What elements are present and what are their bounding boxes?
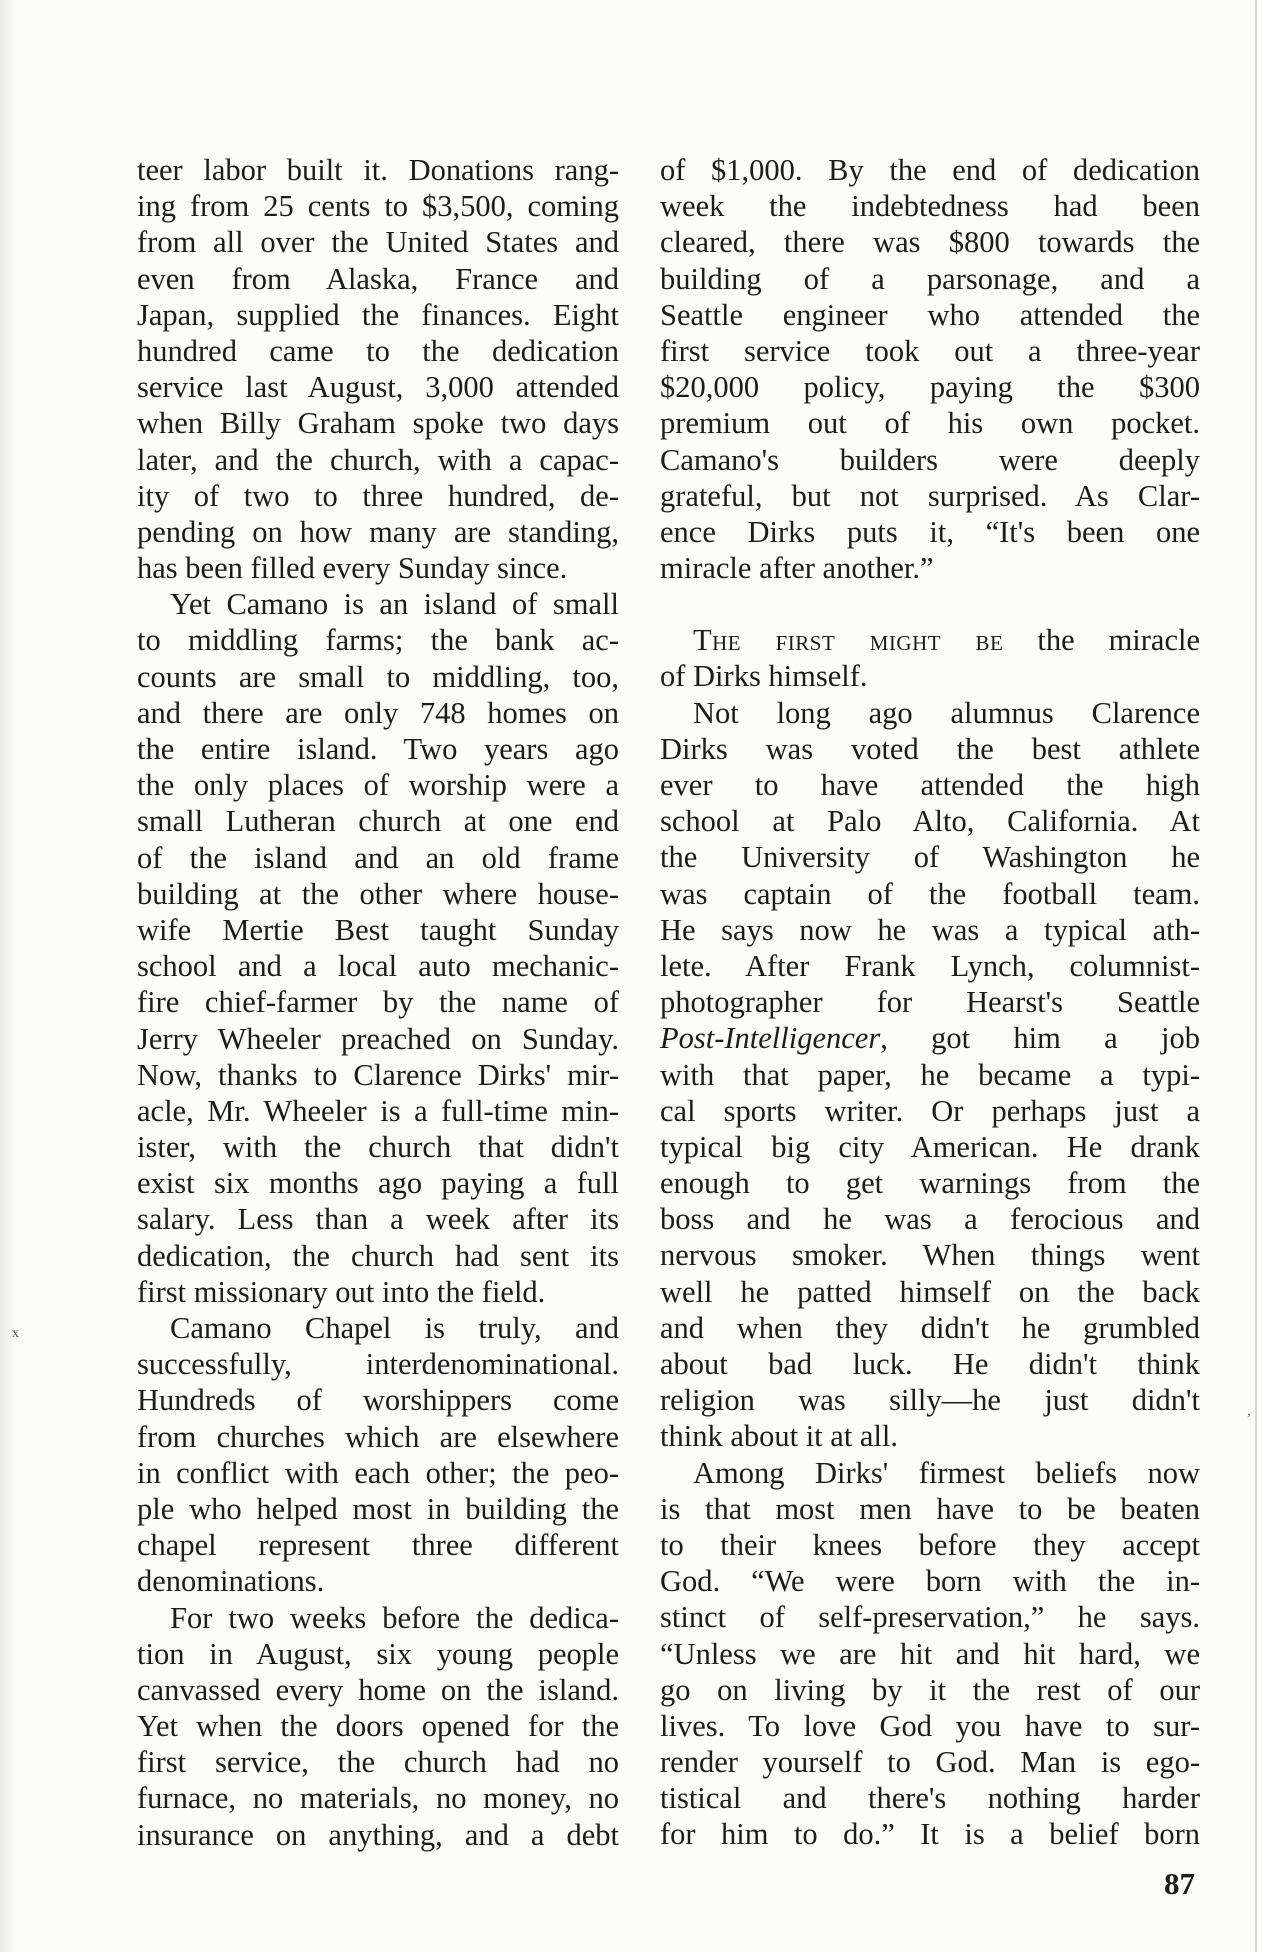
text-line: pending on how many are standing, <box>137 514 619 550</box>
text-line: even from Alaska, France and <box>137 261 619 297</box>
text-line: ity of two to three hundred, de- <box>137 478 619 514</box>
text-line: to middling farms; the bank ac- <box>137 622 619 658</box>
text-line: nervous smoker. When things went <box>660 1237 1200 1273</box>
scan-speck: , <box>1247 1402 1251 1420</box>
text-line: small Lutheran church at one end <box>137 803 619 839</box>
text-line: cleared, there was $800 towards the <box>660 224 1200 260</box>
page-number: 87 <box>1164 1866 1195 1902</box>
text-line: Yet when the doors opened for the <box>137 1708 619 1744</box>
text-line: and there are only 748 homes on <box>137 695 619 731</box>
text-line: ever to have attended the high <box>660 767 1200 803</box>
section-lead-line: The first might be the miracle <box>660 622 1200 658</box>
text-line: think about it at all. <box>660 1418 1200 1454</box>
text-line: $20,000 policy, paying the $300 <box>660 369 1200 405</box>
text-line: boss and he was a ferocious and <box>660 1201 1200 1237</box>
text-line: chapel represent three different <box>137 1527 619 1563</box>
text-line: Seattle engineer who attended the <box>660 297 1200 333</box>
text-line: ing from 25 cents to $3,500, coming <box>137 188 619 224</box>
text-line: religion was silly—he just didn't <box>660 1382 1200 1418</box>
text-line: grateful, but not surprised. As Clar- <box>660 478 1200 514</box>
text-line: for him to do.” It is a belief born <box>660 1816 1200 1852</box>
text-line: later, and the church, with a capac- <box>137 442 619 478</box>
text-line: when Billy Graham spoke two days <box>137 405 619 441</box>
text-line: Dirks was voted the best athlete <box>660 731 1200 767</box>
newspaper-title: Post-Intelligencer <box>660 1021 880 1055</box>
text-line: in conflict with each other; the peo- <box>137 1455 619 1491</box>
newspaper-name-line: Post-Intelligencer, got him a job <box>660 1020 1200 1056</box>
paragraph-start-line: Among Dirks' firmest beliefs now <box>660 1455 1200 1491</box>
text-line: acle, Mr. Wheeler is a full-time min- <box>137 1093 619 1129</box>
text-line: furnace, no materials, no money, no <box>137 1780 619 1816</box>
text-line: well he patted himself on the back <box>660 1274 1200 1310</box>
text-line: He says now he was a typical ath- <box>660 912 1200 948</box>
paragraph-start-line: Yet Camano is an island of small <box>137 586 619 622</box>
text-line: denominations. <box>137 1563 619 1599</box>
text-line: first service, the church had no <box>137 1744 619 1780</box>
text-line: render yourself to God. Man is ego- <box>660 1744 1200 1780</box>
text-line: the only places of worship were a <box>137 767 619 803</box>
text-line: tion in August, six young people <box>137 1636 619 1672</box>
text-line: the University of Washington he <box>660 839 1200 875</box>
text-line: with that paper, he became a typi- <box>660 1057 1200 1093</box>
text-line: photographer for Hearst's Seattle <box>660 984 1200 1020</box>
text-line: service last August, 3,000 attended <box>137 369 619 405</box>
right-text-column: of $1,000. By the end of dedication week… <box>660 152 1200 1853</box>
paragraph-start-line: Camano Chapel is truly, and <box>137 1310 619 1346</box>
text-line: counts are small to middling, too, <box>137 659 619 695</box>
text-line: dedication, the church had sent its <box>137 1238 619 1274</box>
text-line: Now, thanks to Clarence Dirks' mir- <box>137 1057 619 1093</box>
text-line: successfully, interdenominational. <box>137 1346 619 1382</box>
text-line: exist six months ago paying a full <box>137 1165 619 1201</box>
text-line: first service took out a three-year <box>660 333 1200 369</box>
text-line: ence Dirks puts it, “It's been one <box>660 514 1200 550</box>
text-line: insurance on anything, and a debt <box>137 1817 619 1853</box>
text-line: canvassed every home on the island. <box>137 1672 619 1708</box>
text-line: miracle after another.” <box>660 550 1200 586</box>
text-line: is that most men have to be beaten <box>660 1491 1200 1527</box>
text-line: ple who helped most in building the <box>137 1491 619 1527</box>
text-line: building at the other where house- <box>137 876 619 912</box>
text-line: enough to get warnings from the <box>660 1165 1200 1201</box>
text-line: fire chief-farmer by the name of <box>137 984 619 1020</box>
text-line: hundred came to the dedication <box>137 333 619 369</box>
scan-speck: x <box>12 1326 19 1342</box>
text-line: lete. After Frank Lynch, columnist- <box>660 948 1200 984</box>
page-edge-binding <box>1255 0 1269 1952</box>
text-line: premium out of his own pocket. <box>660 405 1200 441</box>
page-edge-shadow <box>0 0 14 1952</box>
text-line: school at Palo Alto, California. At <box>660 803 1200 839</box>
text-line: school and a local auto mechanic- <box>137 948 619 984</box>
text-line: about bad luck. He didn't think <box>660 1346 1200 1382</box>
text-line: God. “We were born with the in- <box>660 1563 1200 1599</box>
left-text-column: teer labor built it. Donations rang- ing… <box>137 152 619 1853</box>
text-line: from churches which are elsewhere <box>137 1419 619 1455</box>
text-line: of the island and an old frame <box>137 840 619 876</box>
text-line: of Dirks himself. <box>660 658 1200 694</box>
paragraph-start-line: For two weeks before the dedica- <box>137 1600 619 1636</box>
text-line: wife Mertie Best taught Sunday <box>137 912 619 948</box>
text-line: “Unless we are hit and hit hard, we <box>660 1636 1200 1672</box>
text-line: Camano's builders were deeply <box>660 442 1200 478</box>
text-line: cal sports writer. Or perhaps just a <box>660 1093 1200 1129</box>
line-rest: , got him a job <box>880 1021 1200 1055</box>
text-line: go on living by it the rest of our <box>660 1672 1200 1708</box>
text-line: teer labor built it. Donations rang- <box>137 152 619 188</box>
text-line: from all over the United States and <box>137 224 619 260</box>
text-line: Japan, supplied the finances. Eight <box>137 297 619 333</box>
text-line: Hundreds of worshippers come <box>137 1382 619 1418</box>
text-line: tistical and there's nothing harder <box>660 1780 1200 1816</box>
section-lead-smallcaps: The first might be <box>693 623 1003 657</box>
section-lead-rest: the miracle <box>1003 623 1200 657</box>
text-line: ister, with the church that didn't <box>137 1129 619 1165</box>
text-line: typical big city American. He drank <box>660 1129 1200 1165</box>
text-line: of $1,000. By the end of dedication <box>660 152 1200 188</box>
text-line: stinct of self-preservation,” he says. <box>660 1599 1200 1635</box>
text-line: first missionary out into the field. <box>137 1274 619 1310</box>
text-line: has been filled every Sunday since. <box>137 550 619 586</box>
text-line: was captain of the football team. <box>660 876 1200 912</box>
text-line: Jerry Wheeler preached on Sunday. <box>137 1021 619 1057</box>
text-line: lives. To love God you have to sur- <box>660 1708 1200 1744</box>
text-line: salary. Less than a week after its <box>137 1201 619 1237</box>
text-line: building of a parsonage, and a <box>660 261 1200 297</box>
text-line: the entire island. Two years ago <box>137 731 619 767</box>
paragraph-start-line: Not long ago alumnus Clarence <box>660 695 1200 731</box>
text-line: to their knees before they accept <box>660 1527 1200 1563</box>
text-line: week the indebtedness had been <box>660 188 1200 224</box>
text-line: and when they didn't he grumbled <box>660 1310 1200 1346</box>
